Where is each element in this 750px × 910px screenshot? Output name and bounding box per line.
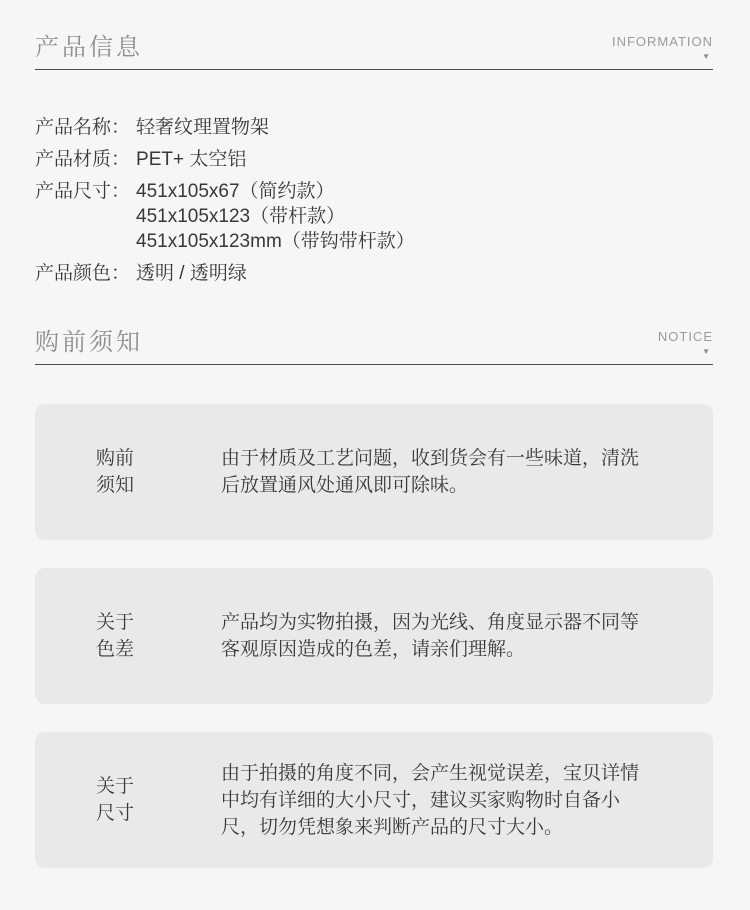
field-label: 产品颜色： [35, 261, 130, 286]
notice-card-dimensions: 关于 尺寸 由于拍摄的角度不同，会产生视觉误差，宝贝详情中均有详细的大小尺寸，建… [35, 732, 713, 868]
notice-card-label-line: 须知 [96, 472, 140, 499]
notice-cards: 购前 须知 由于材质及工艺问题，收到货会有一些味道，清洗后放置通风处通风即可除味… [35, 404, 713, 868]
field-product-material: 产品材质： PET+ 太空铝 [35, 147, 713, 172]
notice-card-label-line: 尺寸 [96, 800, 140, 827]
notice-section-header: 购前须知 NOTICE ▼ [35, 328, 713, 365]
notice-card-label-line: 关于 [96, 773, 140, 800]
product-fields: 产品名称： 轻奢纹理置物架 产品材质： PET+ 太空铝 产品尺寸： 451x1… [35, 115, 713, 286]
field-label: 产品尺寸： [35, 179, 130, 204]
notice-card-text: 产品均为实物拍摄，因为光线、角度显示器不同等客观原因造成的色差，请亲们理解。 [221, 609, 657, 663]
notice-section-subtitle-block: NOTICE ▼ [658, 329, 713, 357]
field-label: 产品材质： [35, 147, 130, 172]
field-label: 产品名称： [35, 115, 130, 140]
field-value: 451x105x67（简约款） 451x105x123（带杆款） 451x105… [136, 179, 415, 254]
notice-card-label: 关于 尺寸 [96, 773, 140, 827]
notice-card-label-line: 购前 [96, 445, 140, 472]
info-section-header: 产品信息 INFORMATION ▼ [35, 33, 713, 70]
info-section-subtitle: INFORMATION [612, 34, 713, 49]
notice-card-label: 关于 色差 [96, 609, 140, 663]
field-value-line: 451x105x123mm（带钩带杆款） [136, 229, 415, 254]
field-value-line: 451x105x67（简约款） [136, 179, 415, 204]
notice-section-title: 购前须知 [35, 328, 143, 358]
field-product-size: 产品尺寸： 451x105x67（简约款） 451x105x123（带杆款） 4… [35, 179, 713, 254]
info-section-subtitle-block: INFORMATION ▼ [612, 34, 713, 62]
notice-card-text: 由于拍摄的角度不同，会产生视觉误差，宝贝详情中均有详细的大小尺寸，建议买家购物时… [221, 760, 657, 841]
field-value-line: PET+ 太空铝 [136, 147, 246, 172]
field-value-line: 轻奢纹理置物架 [136, 115, 269, 140]
notice-card-smell: 购前 须知 由于材质及工艺问题，收到货会有一些味道，清洗后放置通风处通风即可除味… [35, 404, 713, 540]
chevron-down-icon: ▼ [658, 347, 710, 357]
product-info-page: 产品信息 INFORMATION ▼ 产品名称： 轻奢纹理置物架 产品材质： P… [0, 0, 750, 910]
field-value: 透明 / 透明绿 [136, 261, 247, 286]
info-section-title: 产品信息 [35, 33, 143, 63]
notice-card-text: 由于材质及工艺问题，收到货会有一些味道，清洗后放置通风处通风即可除味。 [221, 445, 657, 499]
field-value-line: 透明 / 透明绿 [136, 261, 247, 286]
notice-card-color-difference: 关于 色差 产品均为实物拍摄，因为光线、角度显示器不同等客观原因造成的色差，请亲… [35, 568, 713, 704]
notice-card-label: 购前 须知 [96, 445, 140, 499]
notice-card-label-line: 色差 [96, 636, 140, 663]
field-product-color: 产品颜色： 透明 / 透明绿 [35, 261, 713, 286]
field-value: 轻奢纹理置物架 [136, 115, 269, 140]
field-product-name: 产品名称： 轻奢纹理置物架 [35, 115, 713, 140]
chevron-down-icon: ▼ [612, 52, 710, 62]
notice-card-label-line: 关于 [96, 609, 140, 636]
notice-section-subtitle: NOTICE [658, 329, 713, 344]
field-value: PET+ 太空铝 [136, 147, 246, 172]
field-value-line: 451x105x123（带杆款） [136, 204, 415, 229]
